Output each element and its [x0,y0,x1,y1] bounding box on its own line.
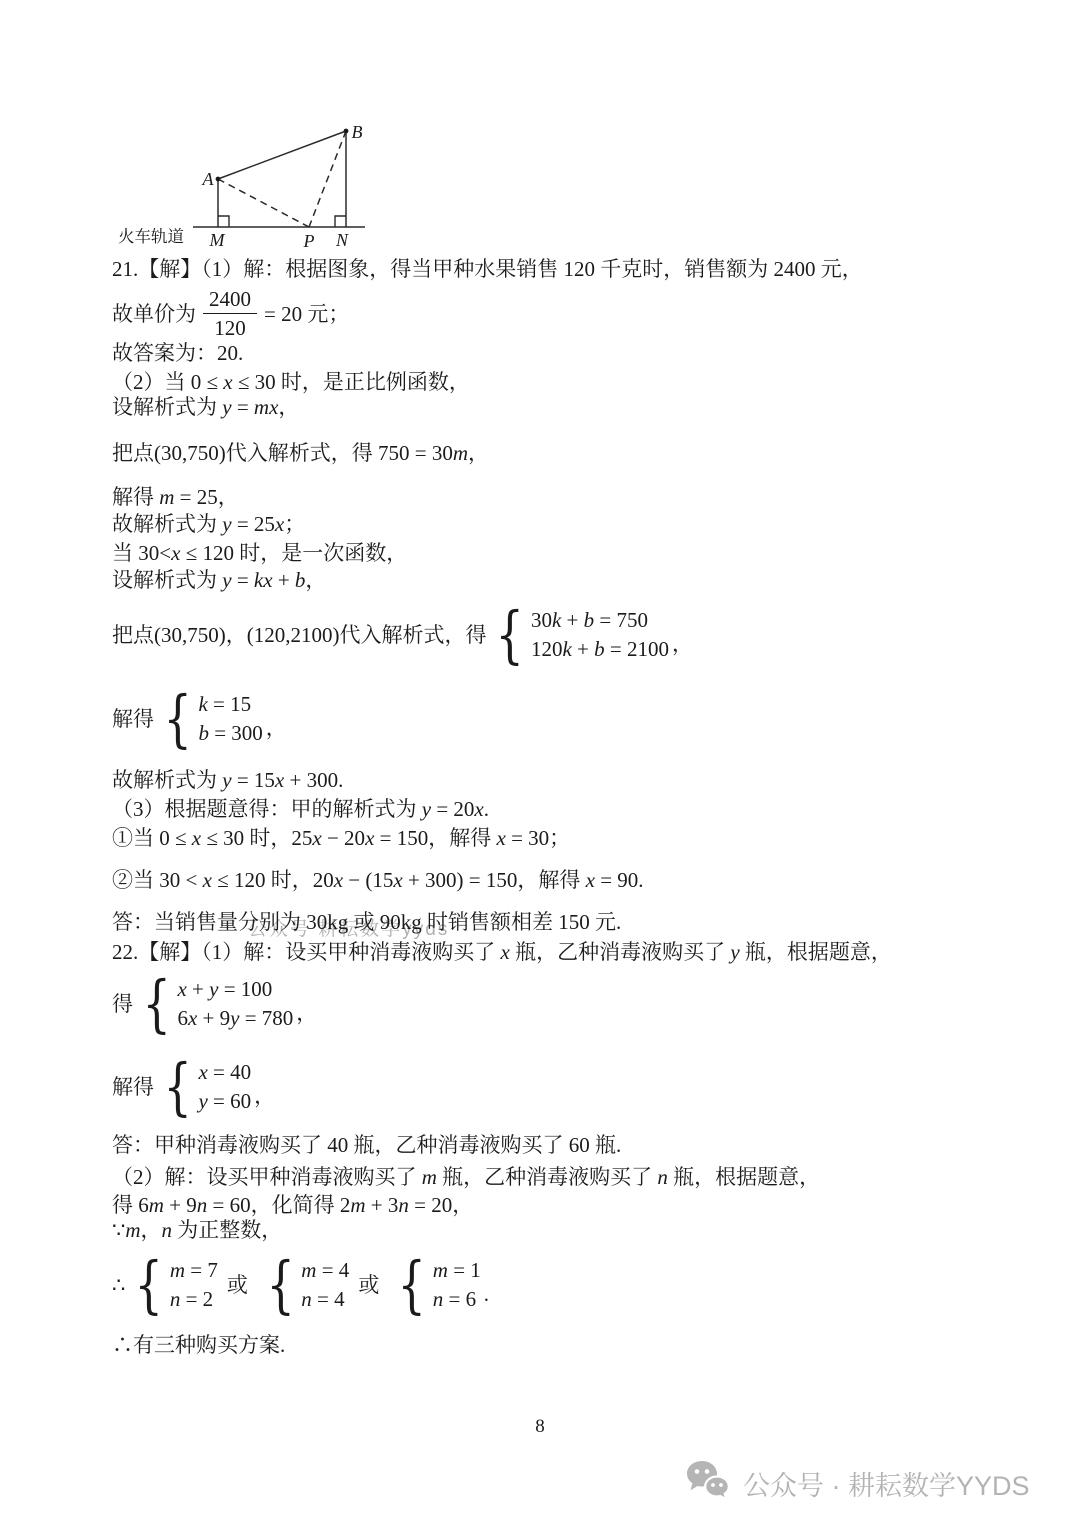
system-row: m = 4 [301,1256,349,1285]
text-segment: = 20 元； [264,299,349,329]
geometry-diagram: A B M P N 火车轨道 [110,100,370,250]
system-row: k = 15 [198,690,262,719]
system-row: 30k + b = 750 [531,606,669,635]
system-brace: { [164,688,192,750]
right-angle-m [218,216,229,227]
p21-line14: （3）根据题意得：甲的解析式为 y = 20x. [112,794,489,824]
p21-line17-answer: 答：当销售量分别为 30kg 或 90kg 时销售额相差 150 元. [112,907,621,937]
system-row: x = 40 [198,1058,251,1087]
or-separator: 或 [358,1270,379,1300]
fraction-numerator: 2400 [203,286,257,314]
point-a-dot [216,177,221,182]
p21-line9: 当 30<x ≤ 120 时，是一次函数， [112,538,407,568]
fraction: 2400 120 [203,286,257,341]
system-row: n = 4 [301,1285,349,1314]
p22-line8-schemes: ∴ { m = 7 n = 2 或 { m = 4 n = 4 或 { m = … [112,1254,489,1316]
system-row: n = 6 [433,1285,481,1314]
text-segment: 解得 [112,704,154,734]
text-segment: ， [296,998,317,1028]
system-brace: { [164,1056,192,1118]
system-row: x + y = 100 [177,975,293,1004]
wechat-icon [686,1460,730,1506]
system-brace: { [266,1254,294,1316]
p21-line13: 故解析式为 y = 15x + 300. [112,765,343,795]
document-page: A B M P N 火车轨道 21.【解】（1）解：根据图象，得当甲种水果销售 … [0,0,1080,1527]
text-segment: 把点(30,750)，(120,2100)代入解析式，得 [112,620,486,650]
or-separator: 或 [227,1270,248,1300]
system-brace: { [135,1254,163,1316]
system-row: b = 300 [198,719,262,748]
equation-system: { m = 4 n = 4 [261,1254,349,1316]
label-n: N [335,230,349,250]
text-segment: ， [672,629,693,659]
dashed-pb [309,131,346,227]
text-segment: 故单价为 [112,299,196,329]
system-row: 120k + b = 2100 [531,635,669,664]
equation-system: { k = 15 b = 300 [158,688,263,750]
p21-line10: 设解析式为 y = kx + b， [112,565,326,595]
p22-line3-system: 解得 { x = 40 y = 60 ， [112,1056,275,1118]
p21-line1: 21.【解】（1）解：根据图象，得当甲种水果销售 120 千克时，销售额为 24… [112,254,863,284]
segment-ab [218,131,346,179]
label-b: B [352,122,363,142]
right-angle-n [335,216,346,227]
system-row: m = 7 [170,1256,218,1285]
footer: 公众号 · 耕耘数学YYDS [686,1460,1030,1506]
track-label: 火车轨道 [118,227,184,246]
equation-system: { m = 7 n = 2 [129,1254,217,1316]
point-b-dot [344,129,349,134]
p22-line2-system: 得 { x + y = 100 6x + 9y = 780 ， [112,973,317,1035]
fraction-denominator: 120 [214,314,246,341]
p21-line5: 设解析式为 y = mx， [112,392,299,422]
equation-system: { x = 40 y = 60 [158,1056,251,1118]
system-row: m = 1 [433,1256,481,1285]
text-segment: 解得 [112,1072,154,1102]
p21-line2-fraction: 故单价为 2400 120 = 20 元； [112,286,349,341]
p21-line16: ②当 30 < x ≤ 120 时，20x − (15x + 300) = 15… [112,865,644,895]
system-row: y = 60 [198,1087,251,1116]
p21-line7: 解得 m = 25， [112,482,239,512]
equation-system: { m = 1 n = 6 [392,1254,480,1316]
system-brace: { [398,1254,426,1316]
text-segment: 得 [112,989,133,1019]
p21-line11-system: 把点(30,750)，(120,2100)代入解析式，得 { 30k + b =… [112,604,693,666]
p21-line12-system: 解得 { k = 15 b = 300 ， [112,688,287,750]
p21-line3: 故答案为：20. [112,338,243,368]
system-brace: { [143,973,171,1035]
page-number: 8 [0,1416,1080,1438]
therefore-symbol: ∴ [112,1270,125,1300]
system-row: 6x + 9y = 780 [177,1004,293,1033]
system-brace: { [496,604,524,666]
dashed-ap [218,179,309,227]
equation-system: { 30k + b = 750 120k + b = 2100 [490,604,668,666]
equation-system: { x + y = 100 6x + 9y = 780 [137,973,293,1035]
p21-line15: ①当 0 ≤ x ≤ 30 时，25x − 20x = 150，解得 x = 3… [112,823,570,853]
p22-line4-answer: 答：甲种消毒液购买了 40 瓶，乙种消毒液购买了 60 瓶. [112,1130,621,1160]
p22-line5: （2）解：设买甲种消毒液购买了 m 瓶，乙种消毒液购买了 n 瓶，根据题意， [112,1162,820,1192]
p22-line9-conclusion: ∴有三种购买方案. [112,1330,285,1360]
p22-line1: 22.【解】（1）解：设买甲种消毒液购买了 x 瓶，乙种消毒液购买了 y 瓶，根… [112,937,892,967]
footer-text: 公众号 · 耕耘数学YYDS [743,1464,1030,1503]
label-a: A [202,169,215,189]
system-row: n = 2 [170,1285,218,1314]
label-p: P [303,231,315,250]
label-m: M [209,230,226,250]
p21-line6: 把点(30,750)代入解析式，得 750 = 30m， [112,438,489,468]
text-segment: . [484,1279,489,1309]
text-segment: ， [266,713,287,743]
p22-line7: ∵m，n 为正整数， [112,1215,282,1245]
text-segment: ， [254,1081,275,1111]
p21-line8: 故解析式为 y = 25x； [112,509,305,539]
